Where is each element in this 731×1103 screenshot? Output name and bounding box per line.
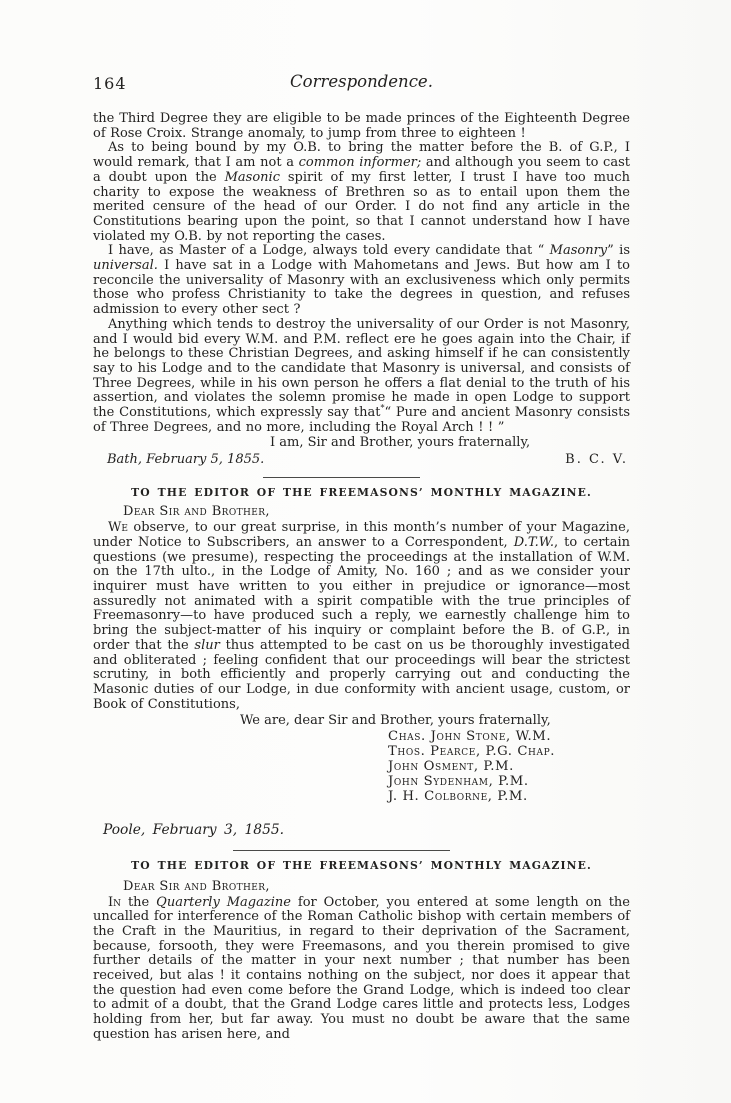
letter-3-salutation: Dear Sir and Brother, [93,879,630,894]
letter-1-dateline: Bath, February 5, 1855. [107,452,264,467]
paragraph: Anything which tends to destroy the univ… [93,318,630,436]
section-divider-1 [263,477,420,478]
letter-2-body: We observe, to our great surprise, in th… [93,521,630,712]
letter-3-body: In the Quarterly Magazine for October, y… [93,896,630,1043]
signature-line: John Sydenham, P.M. [388,775,630,790]
letter-1-signoff-row: Bath, February 5, 1855. B. C. V. [93,452,630,467]
letter-1-body: the Third Degree they are eligible to be… [93,112,630,435]
letter-1-signature: B. C. V. [565,452,628,467]
letter-2-salutation: Dear Sir and Brother, [93,504,630,519]
letter-2-heading: TO THE EDITOR OF THE FREEMASONS’ MONTHLY… [93,486,630,499]
letter-3-heading: TO THE EDITOR OF THE FREEMASONS’ MONTHLY… [93,859,630,872]
signature-line: Thos. Pearce, P.G. Chap. [388,745,630,760]
scanned-magazine-page: 164 Correspondence. the Third Degree the… [0,0,731,1103]
letter-2: TO THE EDITOR OF THE FREEMASONS’ MONTHLY… [93,486,630,837]
running-title: Correspondence. [93,72,630,91]
paragraph: We observe, to our great surprise, in th… [93,521,630,712]
letter-3: TO THE EDITOR OF THE FREEMASONS’ MONTHLY… [93,859,630,1043]
paragraph: I have, as Master of a Lodge, always tol… [93,244,630,318]
paragraph: In the Quarterly Magazine for October, y… [93,896,630,1043]
letter-1: the Third Degree they are eligible to be… [93,112,630,467]
paragraph: As to being bound by my O.B. to bring th… [93,141,630,244]
letter-2-valediction: We are, dear Sir and Brother, yours frat… [240,714,630,729]
signature-line: Chas. John Stone, W.M. [388,730,630,745]
signature-line: John Osment, P.M. [388,760,630,775]
page-header: 164 Correspondence. [93,72,630,100]
signature-line: J. H. Colborne, P.M. [388,790,630,805]
paragraph: the Third Degree they are eligible to be… [93,112,630,141]
section-divider-2 [233,850,450,851]
letter-1-valediction: I am, Sir and Brother, yours fraternally… [270,436,630,451]
letter-2-signatures: Chas. John Stone, W.M.Thos. Pearce, P.G.… [388,730,630,805]
page-content: 164 Correspondence. the Third Degree the… [93,72,630,1043]
letter-2-dateline: Poole, February 3, 1855. [103,822,630,838]
